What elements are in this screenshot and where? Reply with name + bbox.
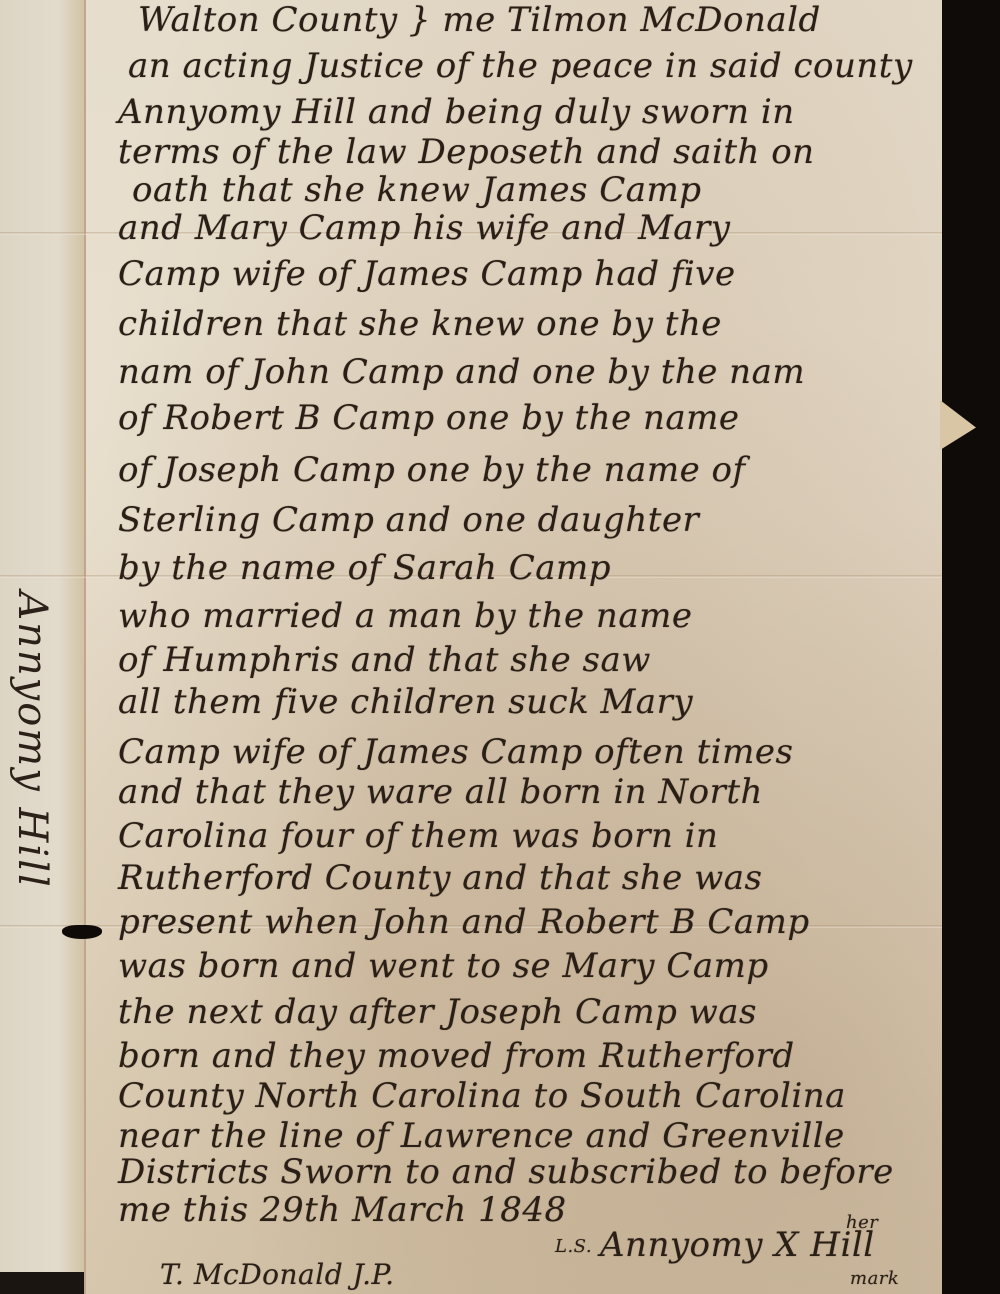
signature-mark-label-below: mark (850, 1268, 899, 1289)
text-line: terms of the law Deposeth and saith on (118, 132, 815, 172)
text-line: oath that she knew James Camp (132, 170, 702, 210)
text-line: born and they moved from Rutherford (118, 1036, 795, 1076)
seal-mark: L.S. (555, 1236, 592, 1257)
text-line: Rutherford County and that she was (118, 858, 762, 898)
text-line: who married a man by the name (118, 596, 692, 636)
text-line: present when John and Robert B Camp (118, 902, 810, 942)
signature-name: Annyomy X Hill (600, 1225, 875, 1265)
text-line: Sterling Camp and one daughter (118, 500, 699, 540)
text-line: Walton County } me Tilmon McDonald (138, 0, 821, 40)
text-line: and that they ware all born in North (118, 772, 763, 812)
text-line: by the name of Sarah Camp (118, 548, 611, 588)
text-line: Camp wife of James Camp often times (118, 732, 793, 772)
page-shadow (0, 1272, 84, 1294)
text-line: an acting Justice of the peace in said c… (128, 46, 913, 86)
text-line: all them five children suck Mary (118, 682, 693, 722)
text-line: me this 29th March 1848 (118, 1190, 567, 1230)
text-line: County North Carolina to South Carolina (118, 1076, 846, 1116)
signature: Annyomy X Hill (600, 1225, 875, 1265)
justice-attestation: T. McDonald J.P. (160, 1258, 395, 1291)
text-line: near the line of Lawrence and Greenville (118, 1116, 845, 1156)
text-line: Annyomy Hill and being duly sworn in (118, 92, 795, 132)
text-line: children that she knew one by the (118, 304, 722, 344)
text-line: of Robert B Camp one by the name (118, 398, 740, 438)
text-line: and Mary Camp his wife and Mary (118, 208, 731, 248)
paper-corner-tab (940, 400, 976, 450)
document-page: Annyomy Hill Walton County } me Tilmon M… (0, 0, 942, 1294)
text-line: of Humphris and that she saw (118, 640, 651, 680)
text-line: was born and went to se Mary Camp (118, 946, 769, 986)
text-line: nam of John Camp and one by the nam (118, 352, 805, 392)
text-line: of Joseph Camp one by the name of (118, 450, 746, 490)
text-line: Carolina four of them was born in (118, 816, 718, 856)
text-line: Camp wife of James Camp had five (118, 254, 736, 294)
text-line: the next day after Joseph Camp was (118, 992, 757, 1032)
margin-docket-note: Annyomy Hill (2, 580, 62, 900)
margin-note-text: Annyomy Hill (9, 591, 55, 889)
paper-tear (62, 925, 102, 939)
text-line: Districts Sworn to and subscribed to bef… (118, 1152, 894, 1192)
